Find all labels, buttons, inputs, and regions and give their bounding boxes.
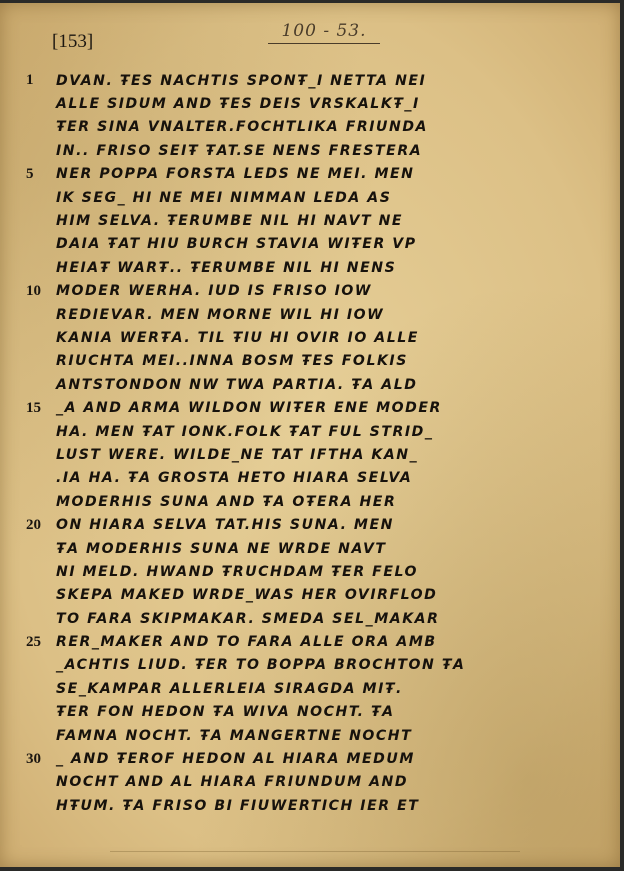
- line-number: 30: [22, 751, 56, 768]
- line-text: SKEPA MAKED WRDE_WAS HER OVIRFLOD: [56, 587, 437, 603]
- line-number: 15: [22, 400, 56, 417]
- manuscript-line: 30_ AND ŦEROF HEDON AL HIARA MEDUM: [22, 747, 582, 770]
- line-text: NI MELD. HWAND ŦRUCHDAM ŦER FELO: [56, 564, 418, 580]
- line-text: HIM SELVA. ŦERUMBE NIL HI NAVT NE: [56, 213, 403, 229]
- line-text: TO FARA SKIPMAKAR. SMEDA SEL_MAKAR: [56, 611, 439, 627]
- manuscript-line: IK SEG_ HI NE MEI NIMMAN LEDA AS: [22, 186, 582, 209]
- manuscript-line: DAIA ŦAT HIU BURCH STAVIA WIŦER VP: [22, 233, 582, 256]
- manuscript-line: 15_A AND ARMA WILDON WIŦER ENE MODER: [22, 396, 582, 419]
- manuscript-line: 25RER_MAKER AND TO FARA ALLE ORA AMB: [22, 630, 582, 653]
- line-text: _A AND ARMA WILDON WIŦER ENE MODER: [56, 400, 442, 416]
- line-text: HEIAŦ WARŦ.. ŦERUMBE NIL HI NENS: [56, 260, 396, 276]
- line-text: IK SEG_ HI NE MEI NIMMAN LEDA AS: [56, 190, 391, 206]
- line-text: MODERHIS SUNA AND ŦA OŦERA HER: [56, 494, 396, 510]
- manuscript-line: .IA HA. ŦA GROSTA HETO HIARA SELVA: [22, 467, 582, 490]
- manuscript-line: HA. MEN ŦAT IONK.FOLK ŦAT FUL STRID_: [22, 420, 582, 443]
- line-text: RIUCHTA MEI..INNA BOSM ŦES FOLKIS: [56, 353, 408, 369]
- manuscript-line: SKEPA MAKED WRDE_WAS HER OVIRFLOD: [22, 584, 582, 607]
- manuscript-line: TO FARA SKIPMAKAR. SMEDA SEL_MAKAR: [22, 607, 582, 630]
- manuscript-line: SE_KAMPAR ALLERLEIA SIRAGDA MIŦ.: [22, 677, 582, 700]
- manuscript-line: NI MELD. HWAND ŦRUCHDAM ŦER FELO: [22, 560, 582, 583]
- bottom-ruling-line: [110, 851, 520, 852]
- line-text: RER_MAKER AND TO FARA ALLE ORA AMB: [56, 634, 437, 650]
- manuscript-line: _ACHTIS LIUD. ŦER TO BOPPA BROCHTON ŦA: [22, 654, 582, 677]
- line-text: DAIA ŦAT HIU BURCH STAVIA WIŦER VP: [56, 236, 417, 252]
- line-text: ALLE SIDUM AND ŦES DEIS VRSKALKŦ_I: [56, 96, 420, 112]
- line-text: SE_KAMPAR ALLERLEIA SIRAGDA MIŦ.: [56, 681, 403, 697]
- manuscript-page: [153] 100 - 53. 1DVAN. ŦES NACHTIS SPONŦ…: [0, 3, 620, 867]
- manuscript-line: MODERHIS SUNA AND ŦA OŦERA HER: [22, 490, 582, 513]
- line-text: HA. MEN ŦAT IONK.FOLK ŦAT FUL STRID_: [56, 424, 433, 440]
- manuscript-line: ALLE SIDUM AND ŦES DEIS VRSKALKŦ_I: [22, 92, 582, 115]
- line-text: LUST WERE. WILDE_NE TAT IFTHA KAN_: [56, 447, 418, 463]
- line-text: HŦUM. ŦA FRISO BI FIUWERTICH IER ET: [56, 798, 419, 814]
- manuscript-line: HEIAŦ WARŦ.. ŦERUMBE NIL HI NENS: [22, 256, 582, 279]
- line-text: ON HIARA SELVA TAT.HIS SUNA. MEN: [56, 517, 394, 533]
- line-number: 25: [22, 634, 56, 651]
- manuscript-line: ŦER SINA VNALTER.FOCHTLIKA FRIUNDA: [22, 116, 582, 139]
- line-text: _ACHTIS LIUD. ŦER TO BOPPA BROCHTON ŦA: [56, 657, 465, 673]
- line-text: KANIA WERŦA. TIL ŦIU HI OVIR IO ALLE: [56, 330, 419, 346]
- line-text: ŦA MODERHIS SUNA NE WRDE NAVT: [56, 541, 387, 557]
- manuscript-line: HIM SELVA. ŦERUMBE NIL HI NAVT NE: [22, 209, 582, 232]
- line-text: NOCHT AND AL HIARA FRIUNDUM AND: [56, 774, 408, 790]
- folio-label: [153]: [52, 31, 93, 53]
- manuscript-line: ANTSTONDON NW TWA PARTIA. ŦA ALD: [22, 373, 582, 396]
- line-text: ANTSTONDON NW TWA PARTIA. ŦA ALD: [56, 377, 417, 393]
- manuscript-line: 10MODER WERHA. IUD IS FRISO IOW: [22, 280, 582, 303]
- line-text: MODER WERHA. IUD IS FRISO IOW: [56, 283, 372, 299]
- manuscript-line: 1DVAN. ŦES NACHTIS SPONŦ_I NETTA NEI: [22, 69, 582, 92]
- line-text: ŦER FON HEDON ŦA WIVA NOCHT. ŦA: [56, 704, 395, 720]
- line-text: .IA HA. ŦA GROSTA HETO HIARA SELVA: [56, 470, 412, 486]
- manuscript-line: KANIA WERŦA. TIL ŦIU HI OVIR IO ALLE: [22, 326, 582, 349]
- manuscript-line: REDIEVAR. MEN MORNE WIL HI IOW: [22, 303, 582, 326]
- manuscript-line: RIUCHTA MEI..INNA BOSM ŦES FOLKIS: [22, 350, 582, 373]
- manuscript-line: 20ON HIARA SELVA TAT.HIS SUNA. MEN: [22, 513, 582, 536]
- line-number: 5: [22, 166, 56, 183]
- line-text: IN.. FRISO SEIŦ ŦAT.SE NENS FRESTERA: [56, 143, 422, 159]
- catalog-number: 100 - 53.: [268, 21, 380, 44]
- manuscript-line: ŦA MODERHIS SUNA NE WRDE NAVT: [22, 537, 582, 560]
- line-number: 1: [22, 72, 56, 89]
- line-text: REDIEVAR. MEN MORNE WIL HI IOW: [56, 307, 384, 323]
- manuscript-line: HŦUM. ŦA FRISO BI FIUWERTICH IER ET: [22, 794, 582, 817]
- manuscript-line: FAMNA NOCHT. ŦA MANGERTNE NOCHT: [22, 724, 582, 747]
- manuscript-text: 1DVAN. ŦES NACHTIS SPONŦ_I NETTA NEIALLE…: [22, 69, 582, 818]
- manuscript-line: IN.. FRISO SEIŦ ŦAT.SE NENS FRESTERA: [22, 139, 582, 162]
- line-text: NER POPPA FORSTA LEDS NE MEI. MEN: [56, 166, 415, 182]
- line-text: DVAN. ŦES NACHTIS SPONŦ_I NETTA NEI: [56, 73, 426, 89]
- line-number: 20: [22, 517, 56, 534]
- manuscript-line: ŦER FON HEDON ŦA WIVA NOCHT. ŦA: [22, 701, 582, 724]
- line-text: ŦER SINA VNALTER.FOCHTLIKA FRIUNDA: [56, 119, 428, 135]
- manuscript-line: LUST WERE. WILDE_NE TAT IFTHA KAN_: [22, 443, 582, 466]
- manuscript-line: 5NER POPPA FORSTA LEDS NE MEI. MEN: [22, 163, 582, 186]
- manuscript-line: NOCHT AND AL HIARA FRIUNDUM AND: [22, 771, 582, 794]
- line-number: 10: [22, 283, 56, 300]
- line-text: _ AND ŦEROF HEDON AL HIARA MEDUM: [56, 751, 415, 767]
- line-text: FAMNA NOCHT. ŦA MANGERTNE NOCHT: [56, 728, 412, 744]
